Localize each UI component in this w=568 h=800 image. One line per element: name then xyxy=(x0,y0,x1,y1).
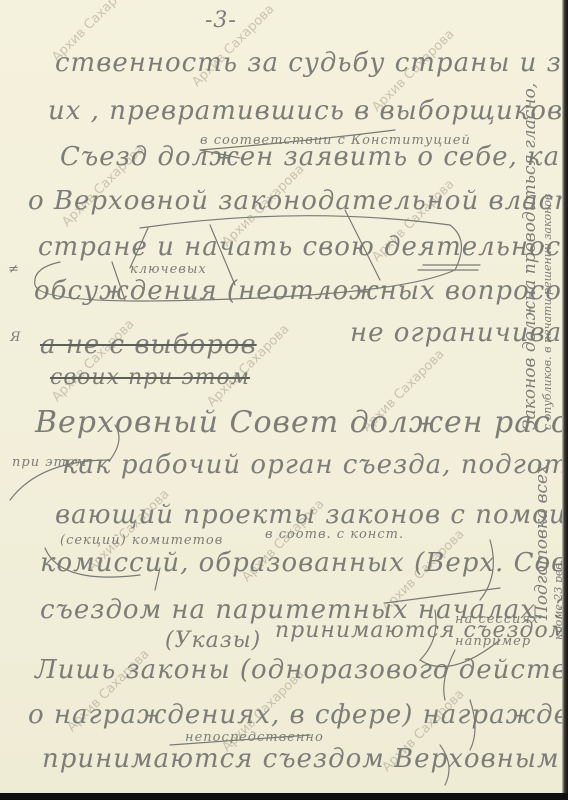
handwritten-line: ственность за судьбу страны и за Верх xyxy=(55,48,562,78)
insertion-note: например xyxy=(455,634,531,649)
insertion-note: (секций) комитетов xyxy=(60,533,223,548)
insertion-note: ключевых xyxy=(130,262,207,277)
struck-line: своих при этом xyxy=(50,365,250,390)
handwritten-line: комиссий, образованных (Верх. Совета) и xyxy=(40,548,562,578)
handwritten-line: как рабочий орган съезда, подготавли- xyxy=(62,450,562,480)
handwritten-line: вающий проекты законов с помощью xyxy=(55,500,562,530)
margin-note-vertical: с опубликов. в печати решений законов xyxy=(541,194,554,430)
insertion-note: в соотв. с конст. xyxy=(265,527,404,542)
handwritten-line: Лишь законы (одноразового действия ( xyxy=(35,655,562,685)
insertion-note: (Указы) xyxy=(165,628,261,653)
handwritten-line: обсуждения (неотложных вопросов, xyxy=(34,276,562,306)
manuscript-page: Архив Сахарова Архив Сахарова Архив Саха… xyxy=(0,0,562,793)
page-number: -3- xyxy=(205,8,237,33)
handwritten-line: Съезд должен заявить о себе, как xyxy=(60,142,562,172)
handwritten-line: о награждениях, в сфере) награждениях) xyxy=(28,700,562,730)
handwritten-line: Верховный Совет должен рассматриваться xyxy=(35,405,562,440)
margin-note-vertical: кроме 23 рев. xyxy=(552,560,562,640)
scan-border-bottom xyxy=(0,793,568,800)
margin-note-vertical: Подготовка всех xyxy=(532,464,552,620)
margin-note-vertical: Законов должна проводиться гласно, xyxy=(520,83,540,430)
handwritten-line: о Верховной законодательной власти в xyxy=(28,186,562,216)
margin-mark: Я xyxy=(10,330,22,345)
handwritten-line: их , превратившись в выборщиков xyxy=(48,96,562,126)
handwritten-line: стране и начать свою деятельность с xyxy=(38,232,562,262)
struck-line: а не с выборов xyxy=(40,330,257,360)
handwritten-line: принимаются съездом Верховным Советом xyxy=(42,744,562,774)
scan-border-right xyxy=(562,0,568,800)
margin-mark: ≠ xyxy=(8,262,20,277)
insertion-note: непосредственно xyxy=(185,730,324,745)
